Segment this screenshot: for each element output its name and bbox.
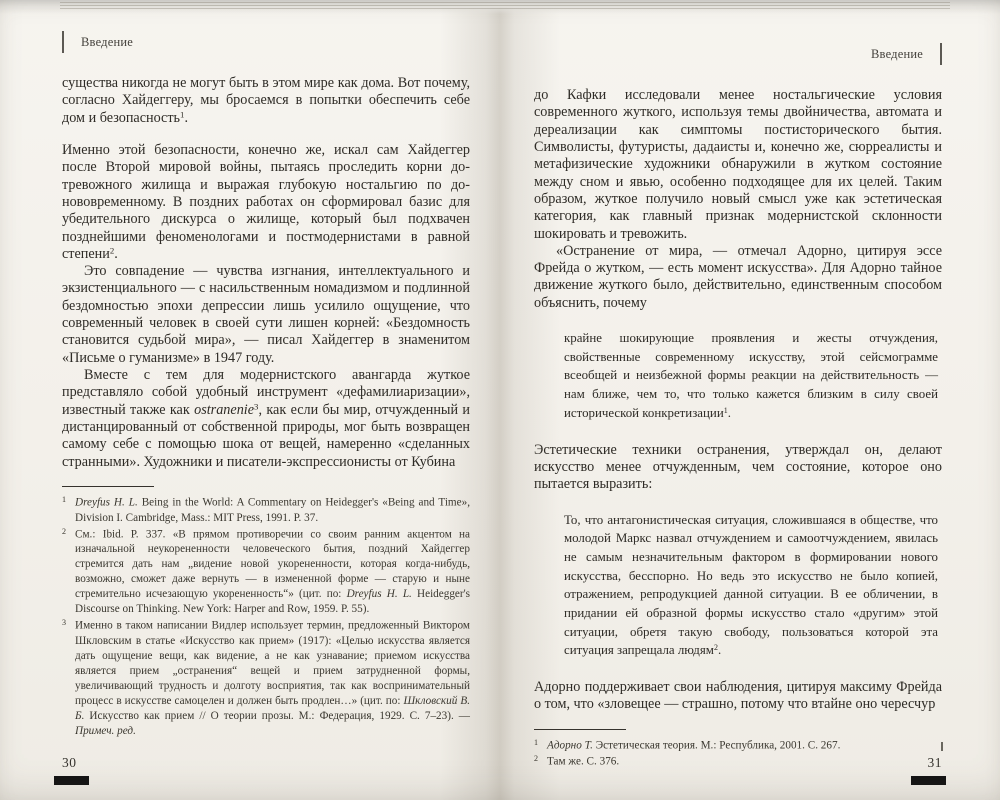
text-run: . bbox=[718, 643, 721, 657]
page-number-bar bbox=[54, 776, 89, 785]
page-number-bar bbox=[911, 776, 946, 785]
paragraph: Вместе с тем для модернистского авангард… bbox=[62, 367, 470, 471]
running-head-label: Введение bbox=[81, 35, 133, 50]
paragraph: «Остранение от мира, — отмечал Адорно, ц… bbox=[534, 243, 942, 312]
footnote: 3Именно в таком написании Видлер использ… bbox=[62, 618, 470, 739]
page-left-content: Введение существа никогда не могут быть … bbox=[0, 0, 500, 800]
footnote-marker: 3 bbox=[62, 618, 75, 629]
text-run: Dreyfus H. L. bbox=[347, 588, 412, 600]
header-rule bbox=[62, 31, 64, 53]
header-rule bbox=[940, 43, 942, 65]
text-run: ostranenie bbox=[194, 402, 254, 418]
text-run: . bbox=[114, 246, 118, 262]
page-number-tick bbox=[941, 742, 943, 751]
text-run: Адорно поддерживает свои наблюдения, цит… bbox=[534, 679, 942, 712]
text-run: Именно этой безопасности, конечно же, ис… bbox=[62, 142, 470, 262]
page-footer-right: 31 bbox=[911, 742, 942, 785]
text-run: Примеч. ред. bbox=[75, 725, 136, 737]
footnote-marker: 2 bbox=[534, 754, 547, 765]
blockquote: То, что антагонистическая ситуация, слож… bbox=[564, 511, 938, 661]
text-run: Искусство как прием // О теории прозы. М… bbox=[84, 710, 470, 722]
page-footer-left: 30 bbox=[62, 737, 89, 785]
text-run: Эстетические техники остранения, утвержд… bbox=[534, 442, 942, 493]
paragraph: существа никогда не могут быть в этом ми… bbox=[62, 75, 470, 127]
running-head-right: Введение bbox=[534, 42, 942, 66]
text-run: Эстетическая теория. М.: Республика, 200… bbox=[593, 739, 840, 751]
footnote: 2Там же. С. 376. bbox=[534, 754, 942, 770]
page-right: Введение до Кафки исследовали менее ност… bbox=[500, 0, 1000, 800]
text-run: Именно в таком написании Видлер использу… bbox=[75, 620, 470, 707]
footnote-marker: 1 bbox=[534, 738, 547, 749]
text-run: . bbox=[728, 406, 731, 420]
text-run: . bbox=[184, 110, 188, 126]
footnote: 2См.: Ibid. P. 337. «В прямом противореч… bbox=[62, 527, 470, 618]
text-run: существа никогда не могут быть в этом ми… bbox=[62, 75, 470, 126]
page-right-content: Введение до Кафки исследовали менее ност… bbox=[500, 0, 1000, 800]
footnote-marker: 2 bbox=[62, 527, 75, 538]
page-left: Введение существа никогда не могут быть … bbox=[0, 0, 500, 800]
paragraph: до Кафки исследовали менее ностальгическ… bbox=[534, 87, 942, 243]
page-number: 31 bbox=[928, 755, 943, 771]
paragraph: Адорно поддерживает свои наблюдения, цит… bbox=[534, 679, 942, 714]
paragraph: Это совпадение — чувства изгнания, интел… bbox=[62, 263, 470, 367]
running-head-label: Введение bbox=[871, 47, 923, 62]
text-run: до Кафки исследовали менее ностальгическ… bbox=[534, 87, 942, 242]
footnote: 1Адорно Т. Эстетическая теория. М.: Респ… bbox=[534, 738, 942, 754]
text-run: «Остранение от мира, — отмечал Адорно, ц… bbox=[534, 243, 942, 311]
page-body-right: до Кафки исследовали менее ностальгическ… bbox=[534, 87, 942, 714]
book-photo: Введение существа никогда не могут быть … bbox=[0, 0, 1000, 800]
book-spread: Введение существа никогда не могут быть … bbox=[0, 0, 1000, 800]
running-head-left: Введение bbox=[62, 30, 470, 54]
text-run: Адорно Т. bbox=[547, 739, 593, 751]
page-number: 30 bbox=[62, 755, 89, 771]
paragraph: Именно этой безопасности, конечно же, ис… bbox=[62, 142, 470, 263]
footnote-marker: 1 bbox=[62, 495, 75, 506]
text-run: Это совпадение — чувства изгнания, интел… bbox=[62, 263, 470, 366]
text-run: Там же. С. 376. bbox=[547, 756, 619, 768]
footnotes-right: 1Адорно Т. Эстетическая теория. М.: Респ… bbox=[534, 738, 942, 770]
text-run: Dreyfus H. L. bbox=[75, 497, 138, 509]
page-body-left: существа никогда не могут быть в этом ми… bbox=[62, 75, 470, 471]
blockquote: крайне шокирующие проявления и жесты отч… bbox=[564, 329, 938, 423]
footnote-separator bbox=[62, 486, 154, 487]
text-run: То, что антагонистическая ситуация, слож… bbox=[564, 513, 938, 658]
footnote: 1Dreyfus H. L. Being in the World: A Com… bbox=[62, 495, 470, 526]
text-run: крайне шокирующие проявления и жесты отч… bbox=[564, 331, 938, 420]
footnotes-left: 1Dreyfus H. L. Being in the World: A Com… bbox=[62, 495, 470, 739]
footnote-separator bbox=[534, 729, 626, 730]
paragraph: Эстетические техники остранения, утвержд… bbox=[534, 442, 942, 494]
